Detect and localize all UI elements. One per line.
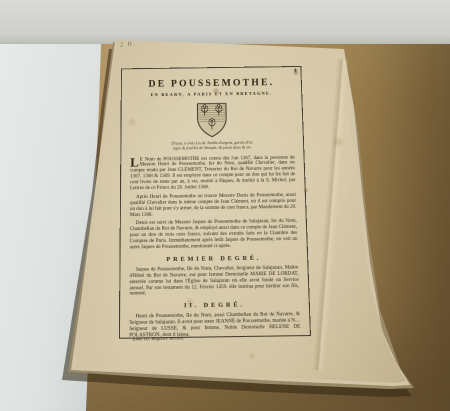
blazon-caption-line2: tigés & feuillés de Sinople, & posés deu… bbox=[130, 144, 294, 151]
page-number: 1 bbox=[293, 69, 298, 75]
section-heading-premier-degre: PREMIER DEGRÉ. bbox=[130, 254, 299, 264]
paragraph-1: LE Nom de POUSSEMOTHE est connu dès l'an… bbox=[130, 155, 296, 192]
paragraph-5: Henri de Poussemothe, IIe du Nom, aussi … bbox=[129, 312, 300, 339]
background-wall bbox=[0, 0, 450, 45]
paragraph-3: Denis est suivi de Messire Jaques de Pou… bbox=[130, 219, 298, 251]
drop-cap: L bbox=[130, 157, 139, 167]
page-title: DE POUSSEMOTHE. bbox=[131, 77, 293, 90]
paragraph-4: Jaques de Poussemothe, IIe du Nom, Cheva… bbox=[129, 265, 299, 298]
coat-of-arms-icon bbox=[186, 101, 238, 140]
photo-of-antique-document: 2 H. 1 DE POUSSEMOTHE. EN BEARN, A PARIS… bbox=[0, 0, 450, 411]
printed-frame: 1 DE POUSSEMOTHE. EN BEARN, A PARIS ET E… bbox=[119, 66, 311, 339]
blazon-caption: D'azur, à trois Lis de Jardin d'argent, … bbox=[130, 139, 294, 151]
paragraph-1-text: E Nom de POUSSEMOTHE est connu dès l'an … bbox=[130, 155, 295, 191]
section-heading-ii-degre: II. DEGRÉ. bbox=[129, 301, 299, 311]
page-subtitle: EN BEARN, A PARIS ET EN BRETAGNE. bbox=[131, 90, 293, 97]
paragraph-2: Après Henri de Poussemothe on trouve Mes… bbox=[130, 193, 297, 219]
body-text: LE Nom de POUSSEMOTHE est connu dès l'an… bbox=[129, 155, 300, 339]
